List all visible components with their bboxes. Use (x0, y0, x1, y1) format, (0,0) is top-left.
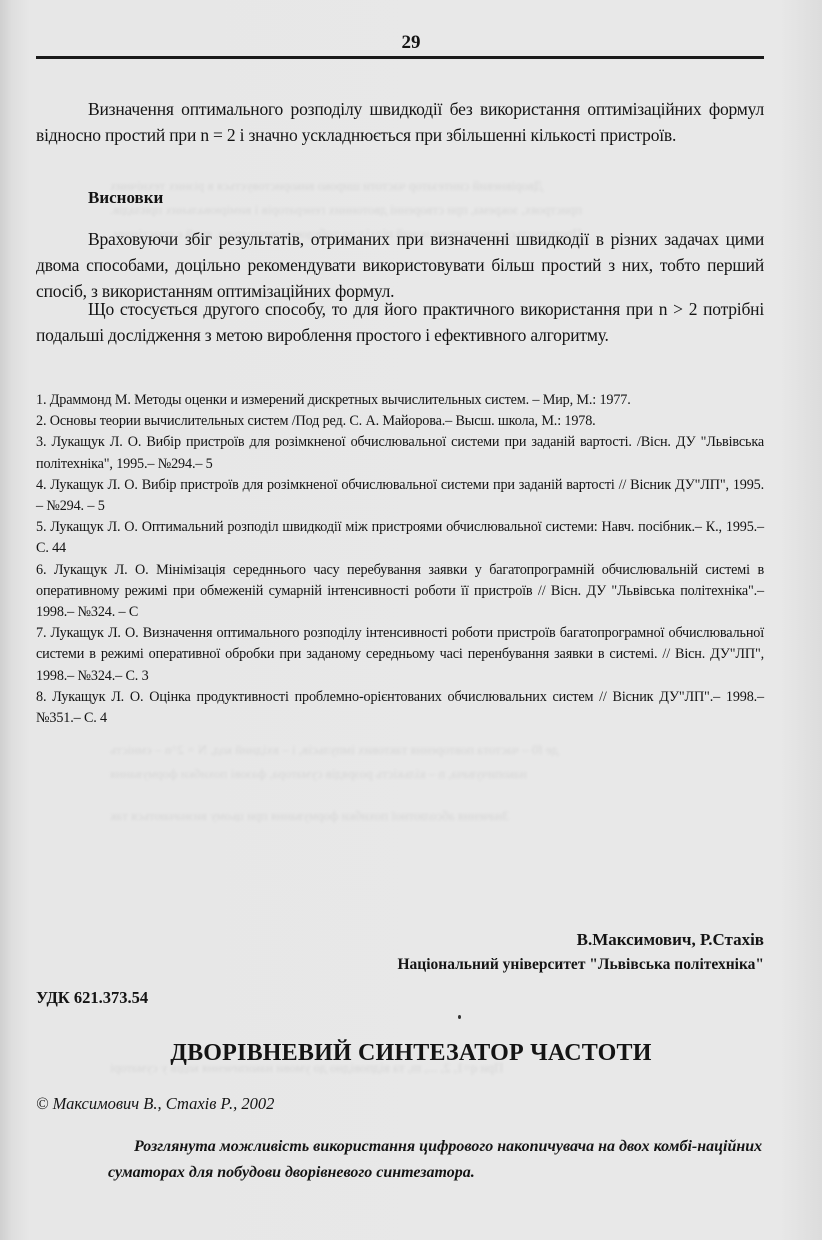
show-through-text: де f0 – частота повторення тактових імпу… (110, 742, 558, 758)
reference-item: 4. Лукащук Л. О. Вибір пристроїв для роз… (36, 475, 764, 517)
paragraph-conclusions-1: Враховуючи збіг результатів, отриманих п… (36, 226, 764, 304)
reference-item: 8. Лукащук Л. О. Оцінка продуктивності п… (36, 687, 764, 729)
references-list: 1. Драммонд М. Методы оценки и измерений… (36, 390, 764, 729)
show-through-text: Значення абсолютної похибки формування п… (110, 808, 509, 824)
reference-item: 5. Лукащук Л. О. Оптимальний розподіл шв… (36, 517, 764, 559)
show-through-text: пристроях, зокрема, при створенні двотон… (110, 202, 582, 218)
scanned-page: Дворівневий синтезатор частоти широко ви… (0, 0, 822, 1240)
section-heading-conclusions: Висновки (88, 188, 163, 208)
reference-item: 6. Лукащук Л. О. Мінімізація середннього… (36, 560, 764, 624)
header-rule (36, 56, 764, 59)
reference-item: 2. Основы теории вычислительных систем /… (36, 411, 764, 432)
paragraph-optimal-distribution: Визначення оптимального розподілу швидко… (36, 96, 764, 148)
paragraph-conclusions-2: Що стосується другого способу, то для йо… (36, 296, 764, 348)
reference-item: 1. Драммонд М. Методы оценки и измерений… (36, 390, 764, 411)
copyright-line: © Максимович В., Стахів Р., 2002 (36, 1094, 274, 1114)
article-authors: В.Максимович, Р.Стахів (577, 930, 764, 950)
article-title: ДВОРІВНЕВИЙ СИНТЕЗАТОР ЧАСТОТИ (0, 1040, 822, 1067)
scan-speck (458, 1015, 461, 1019)
article-abstract: Розглянута можливість використання цифро… (108, 1134, 764, 1186)
reference-item: 7. Лукащук Л. О. Визначення оптимального… (36, 623, 764, 687)
show-through-text: Дворівневий синтезатор частоти широко ви… (110, 178, 543, 194)
reference-item: 3. Лукащук Л. О. Вибір пристроїв для роз… (36, 432, 764, 474)
show-through-text: накопичувача, n – кількість розрядів сум… (110, 766, 527, 782)
page-number: 29 (0, 32, 822, 54)
article-affiliation: Національний університет "Львівська полі… (397, 956, 764, 974)
udk-code: УДК 621.373.54 (36, 988, 148, 1008)
